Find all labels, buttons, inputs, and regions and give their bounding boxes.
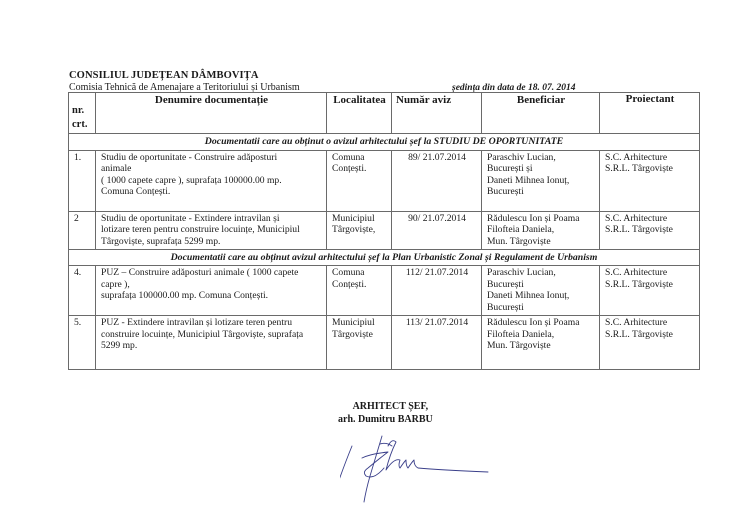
cell-line: S.R.L. Târgoviște: [605, 279, 695, 291]
cell-line: Târgoviște, suprafața 5299 mp.: [101, 236, 322, 248]
cell-line: Paraschiv Lucian,: [487, 152, 595, 164]
cell-line: Daneti Mihnea Ionuț,: [487, 175, 595, 187]
cell-line: S.R.L. Târgoviște: [605, 329, 695, 341]
cell-localitatea: MunicipiulTârgoviște,: [327, 211, 392, 249]
cell-nr: 5.: [69, 316, 96, 370]
section-header-row: Documentatii care au obținut o avizul ar…: [69, 134, 700, 151]
column-header-numar-aviz: Număr aviz: [392, 93, 482, 134]
handwritten-signature: [340, 428, 490, 508]
cell-line: S.C. Arhitecture: [605, 152, 695, 164]
cell-line: Studiu de oportunitate - Extindere intra…: [101, 213, 322, 225]
cell-line: Comuna: [332, 267, 387, 279]
cell-nr: 1.: [69, 150, 96, 211]
cell-line: București: [487, 279, 595, 291]
signature-block: ARHITECT ȘEF, arh. Dumitru BARBU: [338, 400, 433, 426]
column-header-proiectant: Proiectant: [600, 93, 700, 134]
cell-line: Daneti Mihnea Ionuț,: [487, 290, 595, 302]
cell-line: 5299 mp.: [101, 340, 322, 352]
cell-nr: 4.: [69, 266, 96, 316]
cell-line: suprafața 100000.00 mp. Comuna Conțești.: [101, 290, 322, 302]
section-title: Documentatii care au obținut o avizul ar…: [69, 134, 700, 151]
cell-denumire: PUZ – Construire adăposturi animale ( 10…: [96, 266, 327, 316]
cell-line: Rădulescu Ion și Poama: [487, 317, 595, 329]
cell-proiectant: S.C. ArhitectureS.R.L. Târgoviște: [600, 266, 700, 316]
cell-proiectant: S.C. ArhitectureS.R.L. Târgoviște: [600, 316, 700, 370]
cell-line: Rădulescu Ion și Poama: [487, 213, 595, 225]
cell-line: S.R.L. Târgoviște: [605, 224, 695, 236]
signatory-name: arh. Dumitru BARBU: [338, 413, 433, 426]
cell-localitatea: ComunaConțești.: [327, 266, 392, 316]
column-header-beneficiar: Beneficiar: [482, 93, 600, 134]
cell-line: Comuna Conțești.: [101, 186, 322, 198]
cell-nr: 2: [69, 211, 96, 249]
column-header-localitatea: Localitatea: [327, 93, 392, 134]
cell-proiectant: S.C. ArhitectureS.R.L. Târgoviște: [600, 211, 700, 249]
cell-proiectant: S.C. ArhitectureS.R.L. Târgoviște: [600, 150, 700, 211]
table-header-row: nr. crt. Denumire documentație Localitat…: [69, 93, 700, 134]
cell-line: Târgoviște,: [332, 224, 387, 236]
cell-numar-aviz: 90/ 21.07.2014: [392, 211, 482, 249]
column-header-nr: nr. crt.: [69, 93, 96, 134]
signatory-title: ARHITECT ȘEF,: [338, 400, 433, 413]
cell-line: București: [487, 302, 595, 314]
cell-line: Paraschiv Lucian,: [487, 267, 595, 279]
cell-line: Conțești.: [332, 163, 387, 175]
table-row: 2Studiu de oportunitate - Extindere intr…: [69, 211, 700, 249]
cell-beneficiar: Paraschiv Lucian,București șiDaneti Mihn…: [482, 150, 600, 211]
cell-denumire: Studiu de oportunitate - Construire adăp…: [96, 150, 327, 211]
cell-numar-aviz: 112/ 21.07.2014: [392, 266, 482, 316]
cell-line: lotizare teren pentru construire locuinț…: [101, 224, 322, 236]
cell-line: capre ),: [101, 279, 322, 291]
cell-numar-aviz: 89/ 21.07.2014: [392, 150, 482, 211]
cell-line: Filofteia Daniela,: [487, 329, 595, 341]
column-header-denumire: Denumire documentație: [96, 93, 327, 134]
cell-denumire: Studiu de oportunitate - Extindere intra…: [96, 211, 327, 249]
cell-line: Mun. Târgoviște: [487, 236, 595, 248]
cell-localitatea: ComunaConțești.: [327, 150, 392, 211]
cell-line: ( 1000 capete capre ), suprafața 100000.…: [101, 175, 322, 187]
cell-line: S.C. Arhitecture: [605, 213, 695, 225]
cell-line: S.C. Arhitecture: [605, 267, 695, 279]
section-title: Documentatii care au obținut avizul arhi…: [69, 249, 700, 266]
table-row: 4.PUZ – Construire adăposturi animale ( …: [69, 266, 700, 316]
cell-line: construire locuințe, Municipiul Târgoviș…: [101, 329, 322, 341]
cell-line: Municipiul: [332, 317, 387, 329]
section-header-row: Documentatii care au obținut avizul arhi…: [69, 249, 700, 266]
cell-line: Mun. Târgoviște: [487, 340, 595, 352]
cell-line: Filofteia Daniela,: [487, 224, 595, 236]
cell-line: Conțești.: [332, 279, 387, 291]
cell-line: Municipiul: [332, 213, 387, 225]
approvals-table: nr. crt. Denumire documentație Localitat…: [68, 92, 700, 370]
organization-title: CONSILIUL JUDEȚEAN DÂMBOVIȚA: [69, 70, 259, 81]
cell-numar-aviz: 113/ 21.07.2014: [392, 316, 482, 370]
cell-beneficiar: Rădulescu Ion și PoamaFilofteia Daniela,…: [482, 316, 600, 370]
cell-beneficiar: Rădulescu Ion și PoamaFilofteia Daniela,…: [482, 211, 600, 249]
table-row: 1.Studiu de oportunitate - Construire ad…: [69, 150, 700, 211]
cell-beneficiar: Paraschiv Lucian,BucureștiDaneti Mihnea …: [482, 266, 600, 316]
cell-line: animale: [101, 163, 322, 175]
cell-denumire: PUZ - Extindere intravilan și lotizare t…: [96, 316, 327, 370]
cell-line: București și: [487, 163, 595, 175]
cell-localitatea: MunicipiulTârgoviște: [327, 316, 392, 370]
cell-line: Comuna: [332, 152, 387, 164]
cell-line: PUZ - Extindere intravilan și lotizare t…: [101, 317, 322, 329]
cell-line: București: [487, 186, 595, 198]
cell-line: Studiu de oportunitate - Construire adăp…: [101, 152, 322, 164]
table-row: 5.PUZ - Extindere intravilan și lotizare…: [69, 316, 700, 370]
cell-line: PUZ – Construire adăposturi animale ( 10…: [101, 267, 322, 279]
cell-line: S.R.L. Târgoviște: [605, 163, 695, 175]
cell-line: S.C. Arhitecture: [605, 317, 695, 329]
cell-line: Târgoviște: [332, 329, 387, 341]
